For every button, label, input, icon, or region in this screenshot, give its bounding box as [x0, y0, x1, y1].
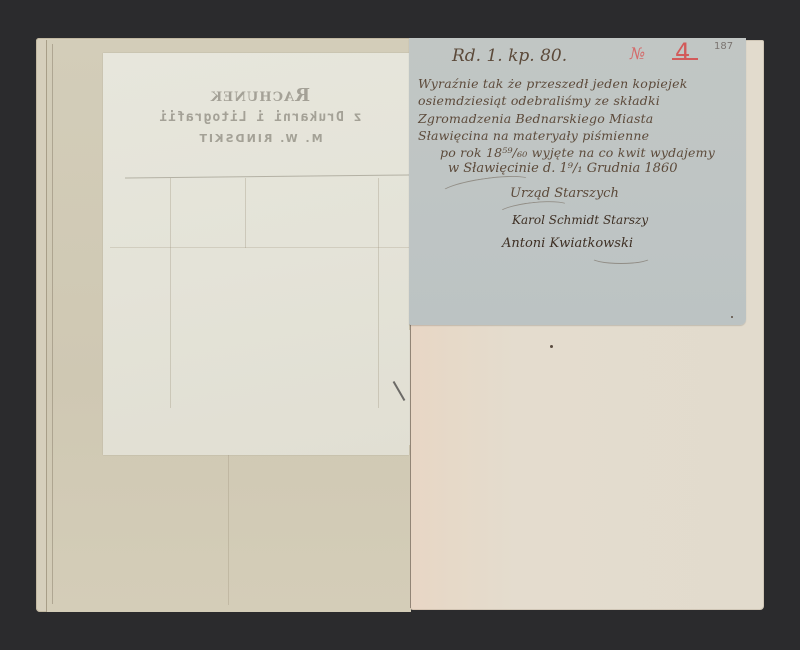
- left-page-fold-line: [228, 455, 229, 605]
- note-body-line: Zgromadzenia Bednarskiego Miasta: [418, 111, 653, 126]
- paper-speck: [731, 316, 733, 318]
- signature-2: Antoni Kwiatkowski: [502, 236, 633, 251]
- note-body-line: Wyraźnie tak że przeszedł jeden kopiejek: [418, 76, 687, 91]
- note-body-line: Sławięcina na materyały piśmienne: [418, 128, 649, 143]
- signature-1: Karol Schmidt Starszy: [512, 213, 648, 227]
- paper-speck: [550, 345, 553, 348]
- folio-number: 187: [714, 41, 733, 52]
- receipt-column-line: [245, 178, 246, 248]
- binding-fold: [410, 318, 411, 608]
- note-office: Urząd Starszych: [510, 186, 619, 201]
- receipt-proprietor-mirrored: M. W. RINDSKIT: [180, 132, 340, 145]
- receipt-column-line: [378, 178, 379, 408]
- red-number-sign: №: [630, 44, 645, 63]
- note-body-line: po rok 18⁵⁹/₆₀ wyjęte na co kwit wydajem…: [440, 145, 715, 160]
- receipt-title-mirrored: Rachunek: [190, 85, 330, 106]
- receipt-column-line: [170, 178, 171, 408]
- signature-flourish: [590, 250, 652, 264]
- left-page-margin-line: [52, 44, 53, 604]
- note-body-line: osiemdziesiąt odebraliśmy ze składki: [418, 93, 660, 108]
- note-reference: Rd. 1. kp. 80.: [452, 46, 567, 66]
- receipt-row-rule: [110, 247, 409, 248]
- red-underline: [672, 58, 698, 60]
- red-number: 4: [675, 38, 690, 66]
- receipt-subtitle-mirrored: z Drukarni i Litografii: [115, 110, 405, 125]
- note-date-line: w Sławięcinie d. 1⁹/₁ Grudnia 1860: [448, 161, 678, 176]
